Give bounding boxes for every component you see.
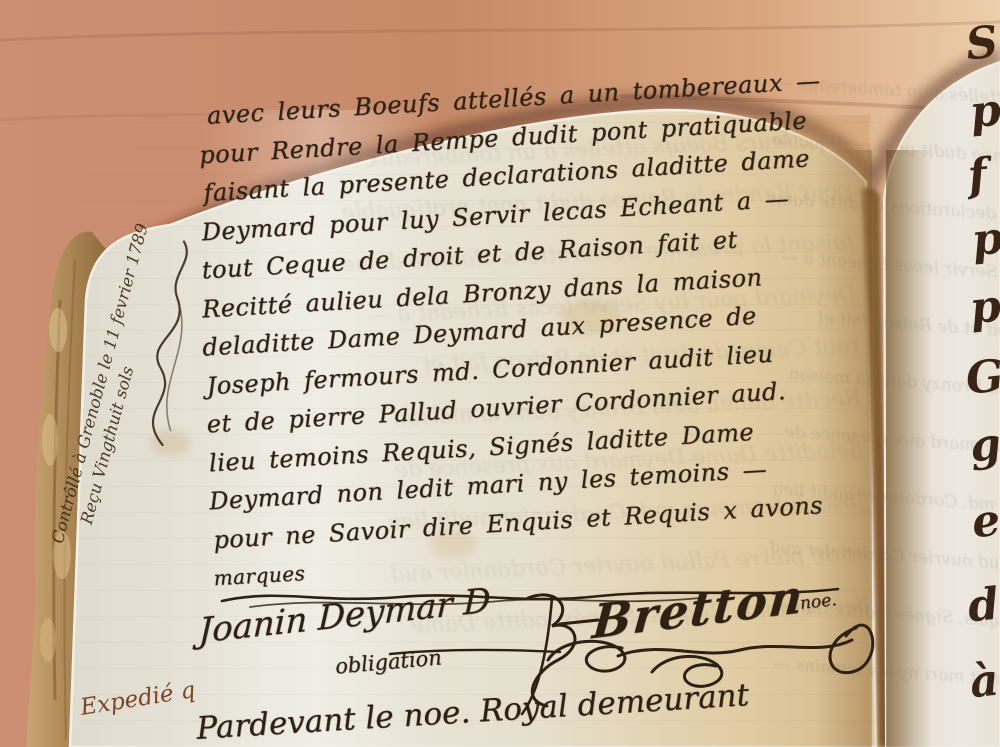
notary-title-abbreviation: noe. xyxy=(799,590,838,614)
text-fragment: à xyxy=(967,655,1000,709)
text-fragment: e xyxy=(969,495,1000,549)
text-fragment: d xyxy=(965,579,1000,633)
text-fragment: g xyxy=(967,419,1000,473)
photo-open-notarial-register: avec leurs Boeufs attellés a un tomberea… xyxy=(0,0,1000,747)
text-fragment: G xyxy=(963,350,1000,405)
text-fragment: p xyxy=(967,85,1000,139)
text-fragment: p xyxy=(967,281,1000,335)
text-fragment: S xyxy=(963,16,1000,70)
text-fragment: p xyxy=(969,213,1000,267)
manuscript-body: avec leurs Boeufs attellés a un tomberea… xyxy=(188,58,906,597)
